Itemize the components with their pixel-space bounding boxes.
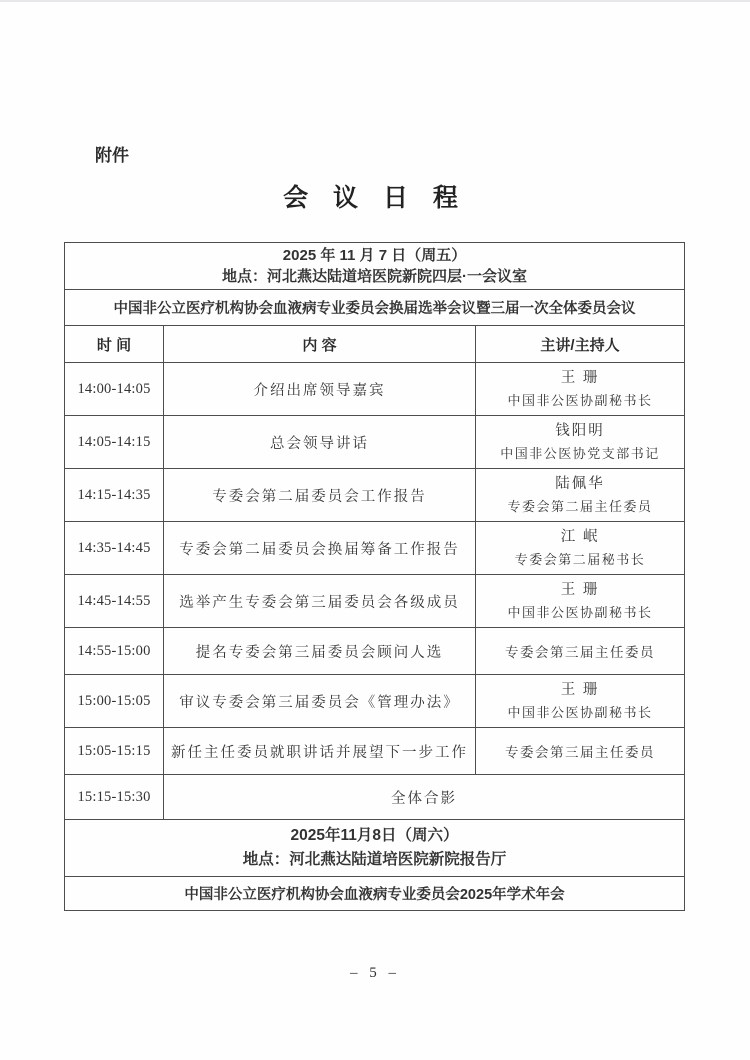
document-page: 附件 会 议 日 程 2025 年 11 月 7 日（周五） 地点：河北燕达陆道…	[0, 0, 750, 1060]
time-column-header: 时 间	[65, 326, 164, 363]
table-row: 14:55-15:00 提名专委会第三届委员会顾问人选 专委会第三届主任委员	[65, 628, 685, 675]
day1-meeting-title: 中国非公立医疗机构协会血液病专业委员会换届选举会议暨三届一次全体委员会议	[65, 290, 685, 326]
table-row: 14:45-14:55 选举产生专委会第三届委员会各级成员 王 珊 中国非公医协…	[65, 575, 685, 628]
time-cell: 14:55-15:00	[65, 628, 164, 675]
day2-meeting-title-row: 中国非公立医疗机构协会血液病专业委员会2025年学术年会	[65, 877, 685, 911]
speaker-title: 专委会第三届主任委员	[480, 641, 680, 661]
speaker-cell: 专委会第三届主任委员	[476, 628, 685, 675]
time-cell: 15:05-15:15	[65, 728, 164, 775]
time-cell: 14:35-14:45	[65, 522, 164, 575]
table-row: 14:35-14:45 专委会第二届委员会换届筹备工作报告 江 岷 专委会第二届…	[65, 522, 685, 575]
page-number: – 5 –	[0, 965, 750, 982]
column-header-row: 时 间 内 容 主讲/主持人	[65, 326, 685, 363]
day2-location: 地点：河北燕达陆道培医院新院报告厅	[69, 848, 680, 872]
speaker-name: 江 岷	[480, 526, 680, 549]
time-cell: 14:05-14:15	[65, 416, 164, 469]
table-row: 15:05-15:15 新任主任委员就职讲话并展望下一步工作 专委会第三届主任委…	[65, 728, 685, 775]
speaker-name: 陆佩华	[480, 473, 680, 496]
time-cell: 14:45-14:55	[65, 575, 164, 628]
table-row: 14:00-14:05 介绍出席领导嘉宾 王 珊 中国非公医协副秘书长	[65, 363, 685, 416]
day1-meeting-title-row: 中国非公立医疗机构协会血液病专业委员会换届选举会议暨三届一次全体委员会议	[65, 290, 685, 326]
speaker-cell: 江 岷 专委会第二届秘书长	[476, 522, 685, 575]
day1-header-row: 2025 年 11 月 7 日（周五） 地点：河北燕达陆道培医院新院四层·一会议…	[65, 243, 685, 290]
speaker-title: 专委会第三届主任委员	[480, 741, 680, 761]
speaker-column-header: 主讲/主持人	[476, 326, 685, 363]
time-cell: 14:15-14:35	[65, 469, 164, 522]
table-row: 14:05-14:15 总会领导讲话 钱阳明 中国非公医协党支部书记	[65, 416, 685, 469]
table-row: 15:15-15:30 全体合影	[65, 775, 685, 820]
attachment-label: 附件	[95, 141, 129, 166]
table-row: 14:15-14:35 专委会第二届委员会工作报告 陆佩华 专委会第二届主任委员	[65, 469, 685, 522]
speaker-cell: 王 珊 中国非公医协副秘书长	[476, 363, 685, 416]
agenda-table: 2025 年 11 月 7 日（周五） 地点：河北燕达陆道培医院新院四层·一会议…	[64, 242, 685, 911]
day2-meeting-title: 中国非公立医疗机构协会血液病专业委员会2025年学术年会	[65, 877, 685, 911]
speaker-cell: 王 珊 中国非公医协副秘书长	[476, 575, 685, 628]
day2-date: 2025年11月8日（周六）	[69, 824, 680, 848]
table-row: 15:00-15:05 审议专委会第三届委员会《管理办法》 王 珊 中国非公医协…	[65, 675, 685, 728]
content-cell: 介绍出席领导嘉宾	[164, 363, 476, 416]
time-cell: 14:00-14:05	[65, 363, 164, 416]
time-cell: 15:15-15:30	[65, 775, 164, 820]
speaker-title: 中国非公医协副秘书长	[480, 602, 680, 624]
content-cell: 审议专委会第三届委员会《管理办法》	[164, 675, 476, 728]
content-cell: 提名专委会第三届委员会顾问人选	[164, 628, 476, 675]
content-cell: 选举产生专委会第三届委员会各级成员	[164, 575, 476, 628]
speaker-title: 专委会第二届秘书长	[480, 549, 680, 571]
speaker-title: 中国非公医协副秘书长	[480, 390, 680, 412]
page-title: 会 议 日 程	[0, 178, 750, 214]
speaker-name: 王 珊	[480, 679, 680, 702]
day2-date-cell: 2025年11月8日（周六） 地点：河北燕达陆道培医院新院报告厅	[65, 820, 685, 877]
day2-header-row: 2025年11月8日（周六） 地点：河北燕达陆道培医院新院报告厅	[65, 820, 685, 877]
speaker-name: 钱阳明	[480, 420, 680, 443]
speaker-title: 专委会第二届主任委员	[480, 496, 680, 518]
day1-date: 2025 年 11 月 7 日（周五）	[69, 245, 680, 266]
content-cell: 总会领导讲话	[164, 416, 476, 469]
speaker-name: 王 珊	[480, 367, 680, 390]
content-cell: 专委会第二届委员会工作报告	[164, 469, 476, 522]
speaker-title: 中国非公医协党支部书记	[480, 443, 680, 465]
content-column-header: 内 容	[164, 326, 476, 363]
time-cell: 15:00-15:05	[65, 675, 164, 728]
speaker-name: 王 珊	[480, 579, 680, 602]
speaker-title: 中国非公医协副秘书长	[480, 702, 680, 724]
speaker-cell: 专委会第三届主任委员	[476, 728, 685, 775]
day1-date-cell: 2025 年 11 月 7 日（周五） 地点：河北燕达陆道培医院新院四层·一会议…	[65, 243, 685, 290]
speaker-cell: 钱阳明 中国非公医协党支部书记	[476, 416, 685, 469]
content-cell: 新任主任委员就职讲话并展望下一步工作	[164, 728, 476, 775]
speaker-cell: 王 珊 中国非公医协副秘书长	[476, 675, 685, 728]
content-cell-merged: 全体合影	[164, 775, 685, 820]
day1-location: 地点：河北燕达陆道培医院新院四层·一会议室	[69, 266, 680, 287]
content-cell: 专委会第二届委员会换届筹备工作报告	[164, 522, 476, 575]
speaker-cell: 陆佩华 专委会第二届主任委员	[476, 469, 685, 522]
